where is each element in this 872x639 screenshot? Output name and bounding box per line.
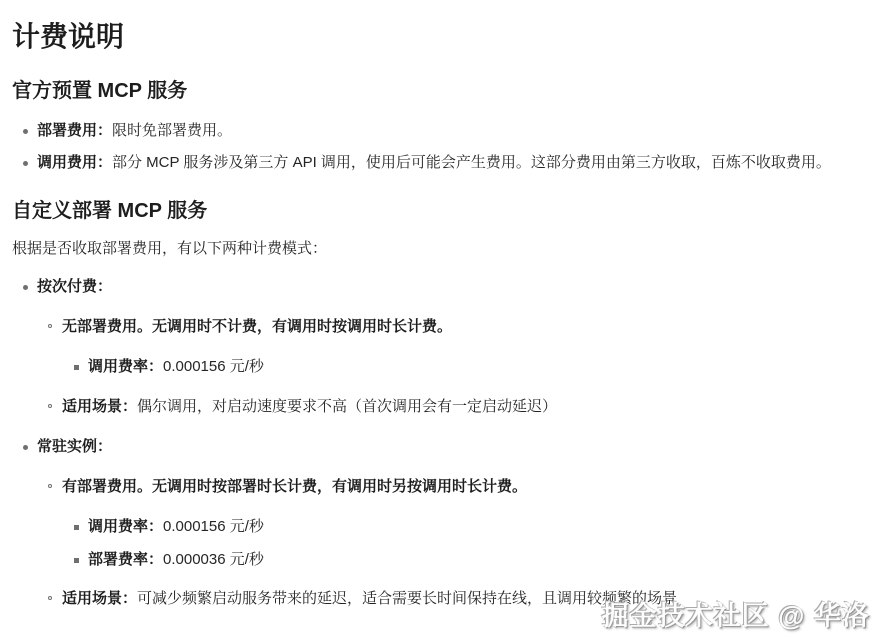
item-text: 部分 MCP 服务涉及第三方 API 调用，使用后可能会产生费用。这部分费用由第… <box>112 154 831 171</box>
section-intro: 根据是否收取部署费用，有以下两种计费模式： <box>12 238 856 260</box>
mode-name: 常驻实例： <box>37 438 112 455</box>
scenario-label: 适用场景： <box>62 590 137 607</box>
list-item-scenario: 适用场景：偶尔调用，对启动速度要求不高（首次调用会有一定启动延迟） <box>12 396 856 418</box>
official-mcp-fee-list: 部署费用：限时免部署费用。 调用费用：部分 MCP 服务涉及第三方 API 调用… <box>12 120 856 174</box>
billing-document: 计费说明 官方预置 MCP 服务 部署费用：限时免部署费用。 调用费用：部分 M… <box>12 20 856 610</box>
bullet-square-icon <box>74 365 79 370</box>
rate-label: 调用费率： <box>88 358 163 375</box>
bullet-circle-icon <box>48 596 52 600</box>
page-title: 计费说明 <box>12 20 856 54</box>
rate-value: 0.000156 元/秒 <box>163 358 264 375</box>
section-heading-custom-mcp: 自定义部署 MCP 服务 <box>12 198 856 224</box>
fee-desc: 无部署费用。无调用时不计费，有调用时按调用时长计费。 <box>62 318 452 335</box>
list-item-deploy-fee: 部署费用：限时免部署费用。 <box>12 120 856 142</box>
list-item-call-rate: 调用费率：0.000156 元/秒 <box>12 516 856 538</box>
list-item-pay-per-use: 按次付费： <box>12 276 856 298</box>
list-item-deploy-rate: 部署费率：0.000036 元/秒 <box>12 549 856 571</box>
bullet-disc-icon <box>23 161 28 166</box>
custom-mcp-billing-list: 按次付费： 无部署费用。无调用时不计费，有调用时按调用时长计费。 调用费率：0.… <box>12 276 856 610</box>
list-item-call-fee: 调用费用：部分 MCP 服务涉及第三方 API 调用，使用后可能会产生费用。这部… <box>12 152 856 174</box>
section-heading-official-mcp: 官方预置 MCP 服务 <box>12 78 856 104</box>
bullet-circle-icon <box>48 484 52 488</box>
bullet-disc-icon <box>23 129 28 134</box>
list-item-pay-per-use-fee-desc: 无部署费用。无调用时不计费，有调用时按调用时长计费。 <box>12 316 856 338</box>
list-item-resident-fee-desc: 有部署费用。无调用时按部署时长计费，有调用时另按调用时长计费。 <box>12 476 856 498</box>
list-item-call-rate: 调用费率：0.000156 元/秒 <box>12 356 856 378</box>
bullet-circle-icon <box>48 404 52 408</box>
scenario-text: 偶尔调用，对启动速度要求不高（首次调用会有一定启动延迟） <box>137 398 557 415</box>
scenario-text: 可减少频繁启动服务带来的延迟，适合需要长时间保持在线，且调用较频繁的场景 <box>137 590 677 607</box>
watermark: 掘金技术社区 @ 华洛 <box>602 594 870 633</box>
rate-label: 部署费率： <box>88 551 163 568</box>
item-label: 部署费用： <box>37 122 112 139</box>
fee-desc: 有部署费用。无调用时按部署时长计费，有调用时另按调用时长计费。 <box>62 478 527 495</box>
bullet-disc-icon <box>23 445 28 450</box>
mode-name: 按次付费： <box>37 278 112 295</box>
scenario-label: 适用场景： <box>62 398 137 415</box>
bullet-disc-icon <box>23 285 28 290</box>
bullet-circle-icon <box>48 324 52 328</box>
list-item-resident-instance: 常驻实例： <box>12 436 856 458</box>
bullet-square-icon <box>74 558 79 563</box>
rate-value: 0.000036 元/秒 <box>163 551 264 568</box>
item-text: 限时免部署费用。 <box>112 122 232 139</box>
bullet-square-icon <box>74 525 79 530</box>
item-label: 调用费用： <box>37 154 112 171</box>
rate-value: 0.000156 元/秒 <box>163 518 264 535</box>
rate-label: 调用费率： <box>88 518 163 535</box>
